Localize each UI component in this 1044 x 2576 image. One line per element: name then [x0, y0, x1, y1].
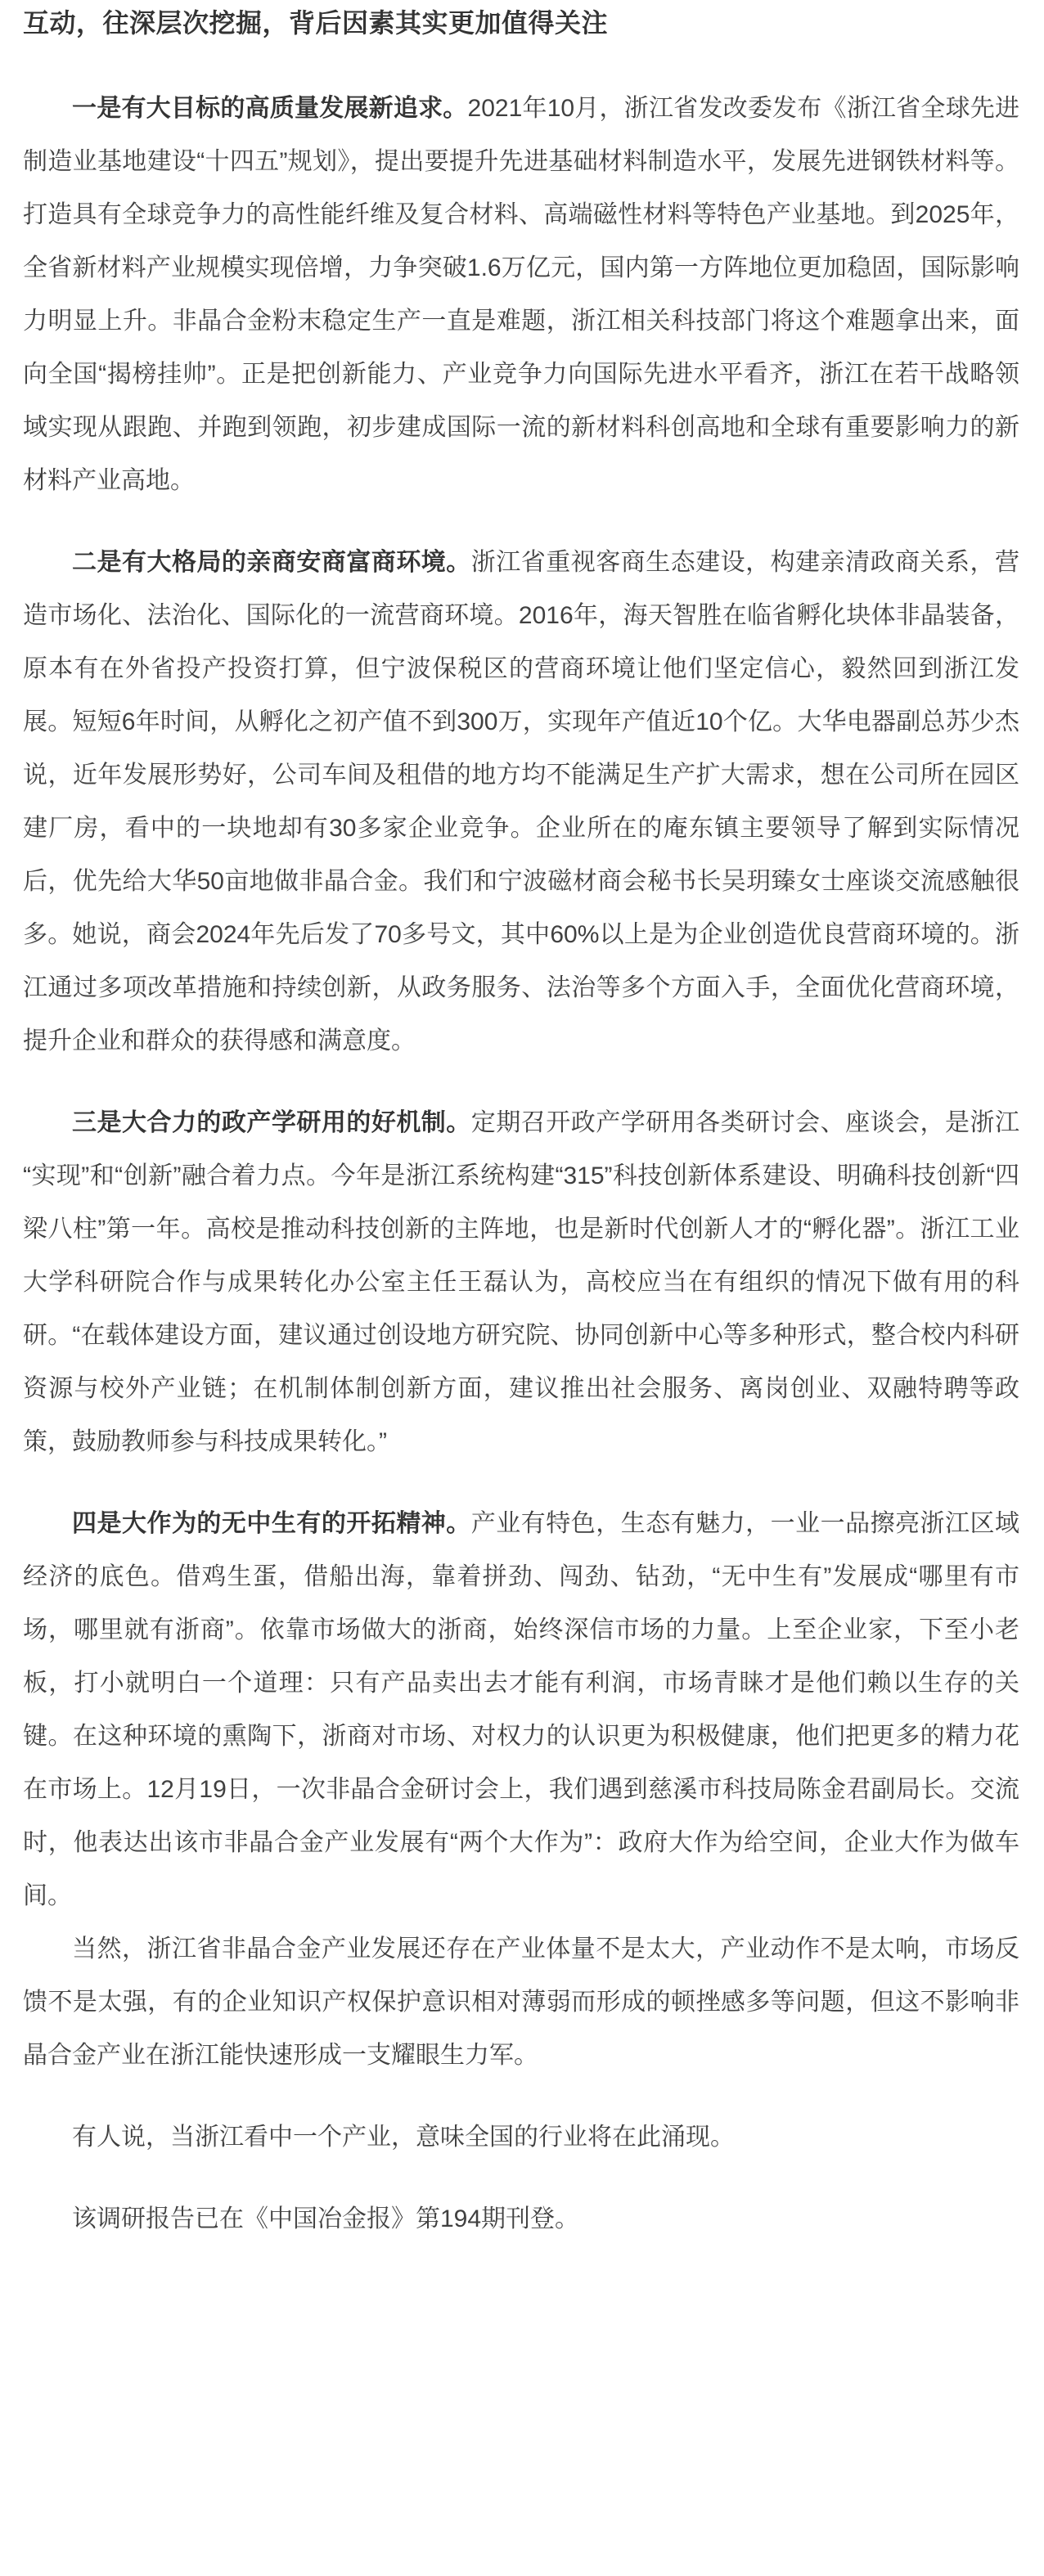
- paragraph-1: 一是有大目标的高质量发展新追求。2021年10月，浙江省发改委发布《浙江省全球先…: [23, 82, 1019, 507]
- paragraph-2: 二是有大格局的亲商安商富商环境。浙江省重视客商生态建设，构建亲清政商关系，营造市…: [23, 536, 1019, 1068]
- paragraph-2-text: 浙江省重视客商生态建设，构建亲清政商关系，营造市场化、法治化、国际化的一流营商环…: [23, 549, 1019, 1054]
- paragraph-1-text: 2021年10月，浙江省发改委发布《浙江省全球先进制造业基地建设“十四五”规划》…: [23, 95, 1019, 494]
- paragraph-3-lead: 三是大合力的政产学研用的好机制。: [72, 1109, 471, 1136]
- paragraph-3: 三是大合力的政产学研用的好机制。定期召开政产学研用各类研讨会、座谈会，是浙江“实…: [23, 1096, 1019, 1468]
- article-page: 互动，往深层次挖掘，背后因素其实更加值得关注 一是有大目标的高质量发展新追求。2…: [0, 0, 1044, 2576]
- paragraph-2-lead: 二是有大格局的亲商安商富商环境。: [72, 549, 471, 576]
- article-body: 一是有大目标的高质量发展新追求。2021年10月，浙江省发改委发布《浙江省全球先…: [23, 82, 1019, 2246]
- article-title: 互动，往深层次挖掘，背后因素其实更加值得关注: [23, 5, 1019, 41]
- paragraph-7-text: 该调研报告已在《中国冶金报》第194期刊登。: [72, 2205, 579, 2232]
- paragraph-5: 当然，浙江省非晶合金产业发展还存在产业体量不是太大，产业动作不是太响，市场反馈不…: [23, 1922, 1019, 2082]
- paragraph-4-lead: 四是大作为的无中生有的开拓精神。: [72, 1510, 471, 1537]
- paragraph-1-lead: 一是有大目标的高质量发展新追求。: [72, 95, 468, 122]
- paragraph-3-text: 定期召开政产学研用各类研讨会、座谈会，是浙江“实现”和“创新”融合着力点。今年是…: [23, 1109, 1019, 1455]
- paragraph-7: 该调研报告已在《中国冶金报》第194期刊登。: [23, 2192, 1019, 2246]
- paragraph-6-text: 有人说，当浙江看中一个产业，意味全国的行业将在此涌现。: [72, 2124, 735, 2151]
- paragraph-4-text: 产业有特色，生态有魅力，一业一品擦亮浙江区域经济的底色。借鸡生蛋，借船出海，靠着…: [23, 1510, 1019, 1909]
- paragraph-4: 四是大作为的无中生有的开拓精神。产业有特色，生态有魅力，一业一品擦亮浙江区域经济…: [23, 1497, 1019, 1922]
- paragraph-5-text: 当然，浙江省非晶合金产业发展还存在产业体量不是太大，产业动作不是太响，市场反馈不…: [23, 1935, 1019, 2069]
- paragraph-6: 有人说，当浙江看中一个产业，意味全国的行业将在此涌现。: [23, 2111, 1019, 2164]
